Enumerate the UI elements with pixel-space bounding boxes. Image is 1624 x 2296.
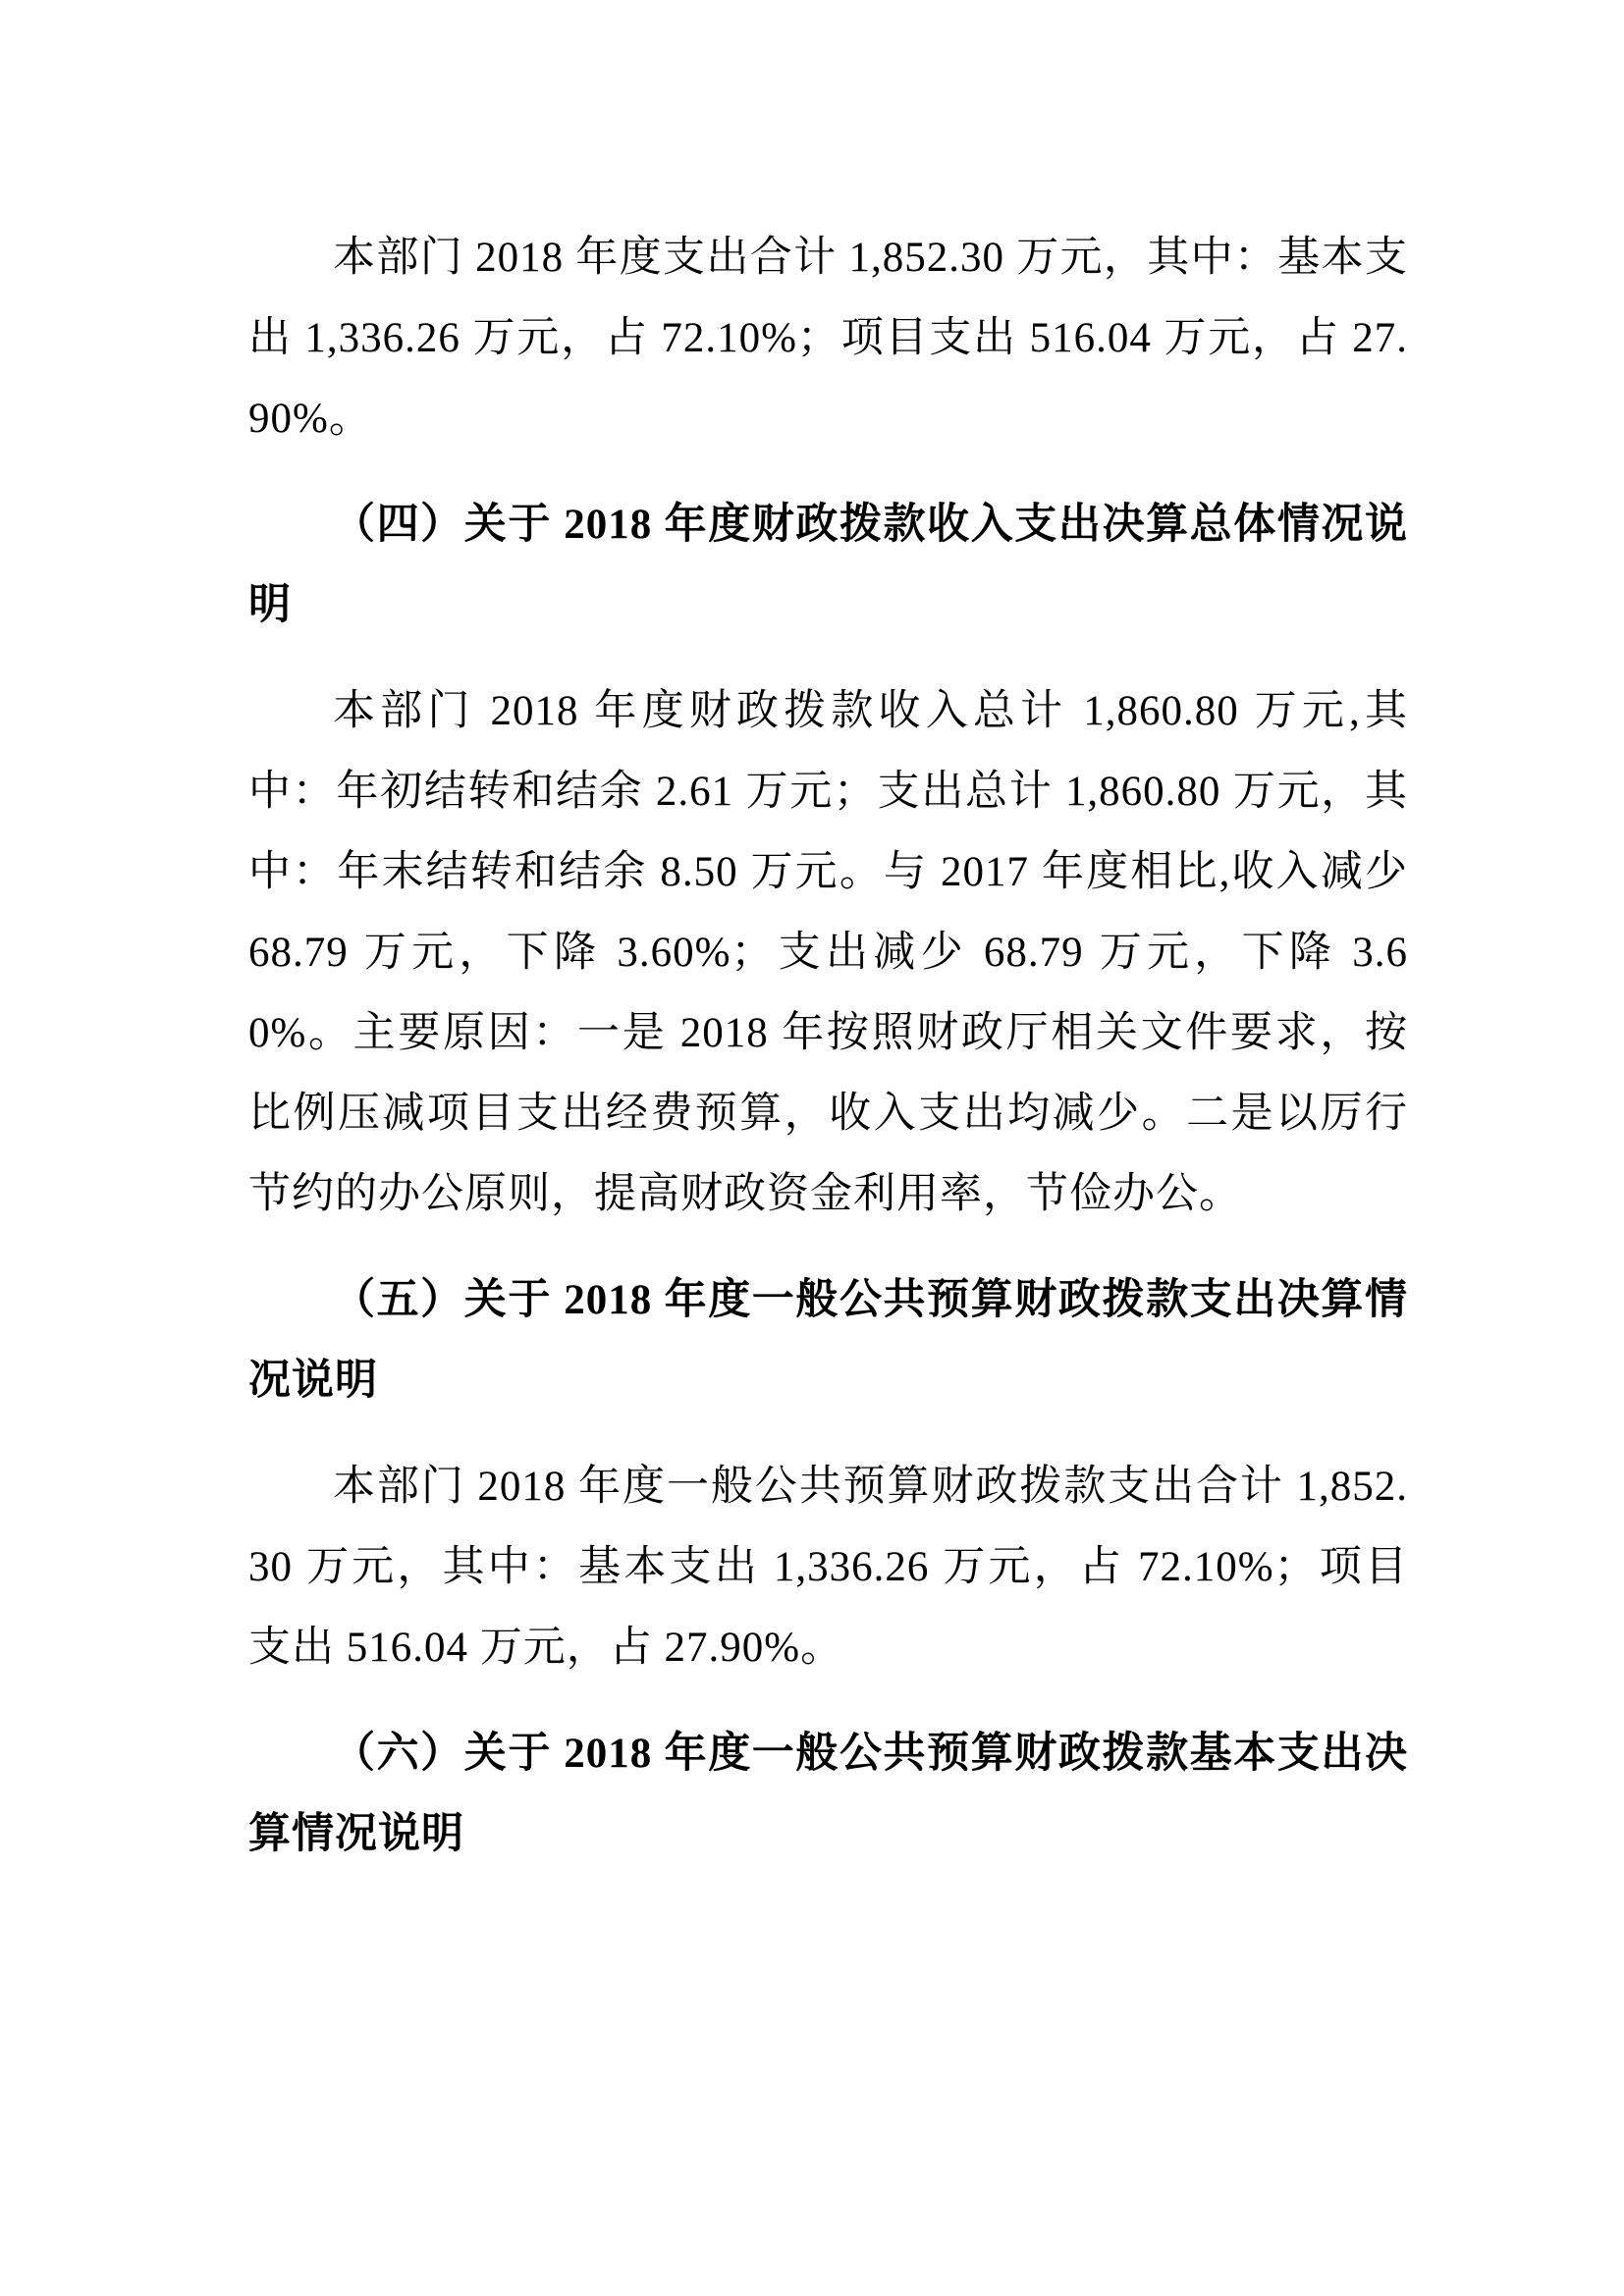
paragraph-total-expenditure-2018: 本部门 2018 年度支出合计 1,852.30 万元，其中：基本支出 1,33… bbox=[248, 218, 1408, 459]
section-heading-4-fiscal-appropriation-overview: （四）关于 2018 年度财政拨款收入支出决算总体情况说明 bbox=[248, 485, 1408, 646]
section-heading-5-general-public-budget-expenditure: （五）关于 2018 年度一般公共预算财政拨款支出决算情况说明 bbox=[248, 1260, 1408, 1421]
paragraph-general-public-budget-expenditure-detail: 本部门 2018 年度一般公共预算财政拨款支出合计 1,852.30 万元，其中… bbox=[248, 1447, 1408, 1688]
section-heading-6-basic-expenditure: （六）关于 2018 年度一般公共预算财政拨款基本支出决算情况说明 bbox=[248, 1714, 1408, 1875]
document-page: 本部门 2018 年度支出合计 1,852.30 万元，其中：基本支出 1,33… bbox=[0, 0, 1624, 2296]
paragraph-fiscal-appropriation-income-expenditure: 本部门 2018 年度财政拨款收入总计 1,860.80 万元,其中：年初结转和… bbox=[248, 671, 1408, 1235]
